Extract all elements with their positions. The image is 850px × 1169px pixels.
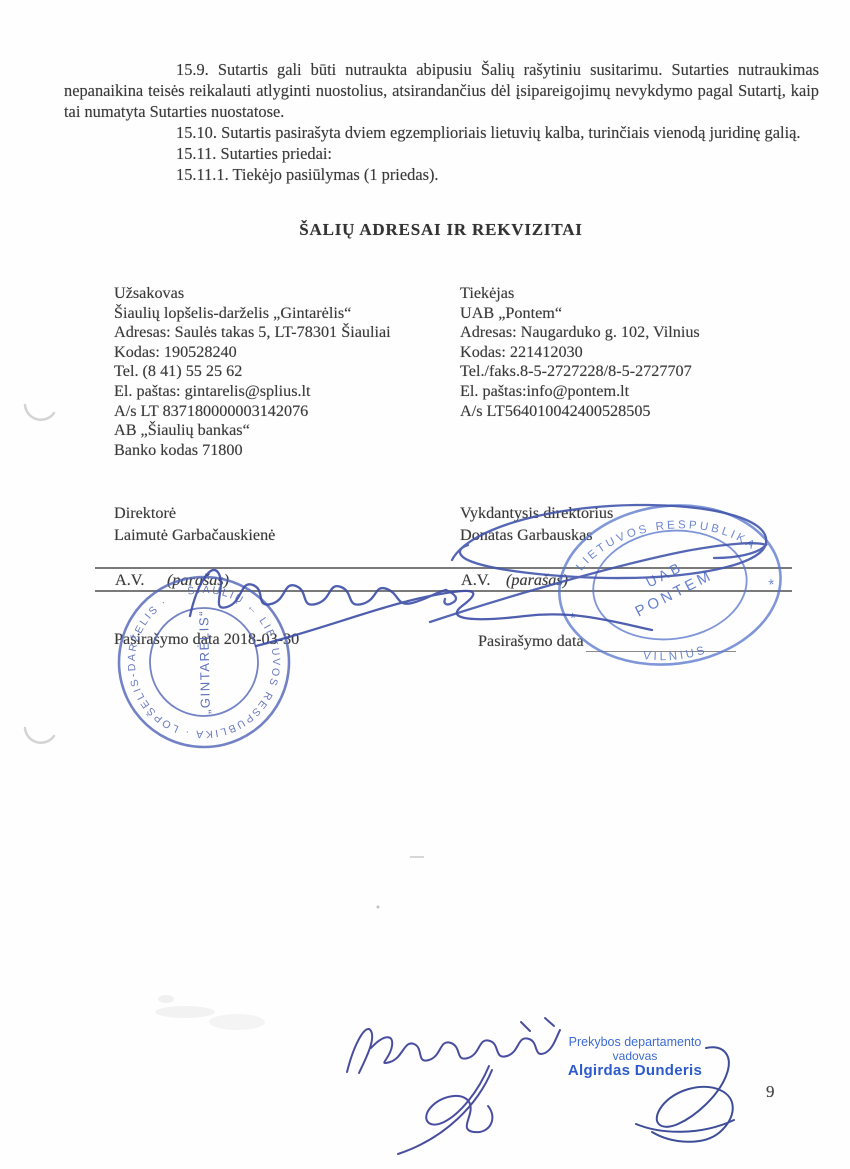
- stamp-center-text: „GINTARĖLIS“: [196, 610, 213, 714]
- signature-rule-bottom: [95, 590, 792, 592]
- customer-line: Užsakovas: [114, 284, 391, 304]
- stamp-star-left: *: [569, 610, 577, 628]
- supplier-line: Adresas: Naugarduko g. 102, Vilnius: [460, 323, 700, 343]
- right-signer-role: Vykdantysis direktorius: [460, 503, 613, 525]
- right-signer: Vykdantysis direktorius Donatas Garbausk…: [460, 503, 613, 546]
- customer-details: Užsakovas Šiaulių lopšelis-darželis „Gin…: [114, 284, 391, 460]
- left-signer-role: Direktorė: [114, 503, 275, 525]
- svg-text:ŠIAULIŲ ← LIETUVOS RESPUBLIKA: ŠIAULIŲ ← LIETUVOS RESPUBLIKA · LOPŠELIS…: [109, 566, 299, 756]
- approval-stamp-text: Prekybos departamento vadovas Algirdas D…: [555, 1035, 715, 1078]
- clause-15-11-1: 15.11.1. Tiekėjo pasiūlymas (1 priedas).: [64, 164, 819, 185]
- left-signing-date: Pasirašymo data 2018-03-30: [114, 630, 299, 649]
- supplier-details: Tiekėjas UAB „Pontem“ Adresas: Naugarduk…: [460, 284, 700, 421]
- right-date-label: Pasirašymo data: [478, 632, 584, 650]
- approval-line1: Prekybos departamento: [555, 1035, 715, 1049]
- approval-name: Algirdas Dunderis: [555, 1064, 715, 1078]
- stamp-center-line2: PONTEM: [632, 567, 716, 621]
- clause-15-9: 15.9. Sutartis gali būti nutraukta abipu…: [64, 59, 819, 122]
- customer-line: A/s LT 837180000003142076: [114, 402, 391, 422]
- right-parasas-label: (parašas): [506, 571, 568, 590]
- section-heading: ŠALIŲ ADRESAI IR REKVIZITAI: [64, 220, 818, 240]
- customer-line: Kodas: 190528240: [114, 343, 391, 363]
- scan-specks: [155, 857, 424, 1030]
- customer-line: Tel. (8 41) 55 25 62: [114, 362, 391, 382]
- stamp-ring-text: ŠIAULIŲ ← LIETUVOS RESPUBLIKA · LOPŠELIS…: [109, 566, 299, 756]
- right-signing-date: Pasirašymo data: [478, 632, 584, 651]
- right-signer-name: Donatas Garbauskas: [460, 525, 613, 547]
- contract-clauses: 15.9. Sutartis gali būti nutraukta abipu…: [64, 59, 819, 185]
- stamp-center-line1: UAB: [643, 558, 685, 590]
- supplier-line: Tiekėjas: [460, 284, 700, 304]
- customer-line: Banko kodas 71800: [114, 441, 391, 461]
- customer-line: El. paštas: gintarelis@splius.lt: [114, 382, 391, 402]
- supplier-line: A/s LT564010042400528505: [460, 402, 700, 422]
- stamp-inner-circle: [139, 597, 270, 728]
- customer-line: AB „Šiaulių bankas“: [114, 421, 391, 441]
- supplier-line: Tel./faks.8-5-2727228/8-5-2727707: [460, 362, 700, 382]
- right-date-blank-line: [586, 651, 736, 652]
- signature-rule-top: [95, 567, 792, 569]
- clause-15-11: 15.11. Sutarties priedai:: [64, 143, 819, 164]
- left-signer-name: Laimutė Garbačauskienė: [114, 525, 275, 547]
- customer-line: Šiaulių lopšelis-darželis „Gintarėlis“: [114, 304, 391, 324]
- approval-line2: vadovas: [555, 1049, 715, 1063]
- left-signer: Direktorė Laimutė Garbačauskienė: [114, 503, 275, 546]
- clause-15-10: 15.10. Sutartis pasirašyta dviem egzempl…: [64, 122, 819, 143]
- supplier-line: Kodas: 221412030: [460, 343, 700, 363]
- punch-hole-artifacts: [25, 405, 54, 743]
- left-av-label: A.V.: [115, 571, 144, 590]
- page-number: 9: [766, 1082, 775, 1102]
- supplier-line: UAB „Pontem“: [460, 304, 700, 324]
- left-parasas-label: (parašas): [167, 571, 229, 590]
- bottom-left-signature: [347, 1018, 560, 1154]
- stamp-ring-bottom-text: VILNIUS: [641, 642, 709, 667]
- left-date-label: Pasirašymo data: [114, 630, 220, 648]
- right-av-label: A.V.: [461, 571, 490, 590]
- scanned-contract-page: 15.9. Sutartis gali būti nutraukta abipu…: [0, 0, 850, 1169]
- supplier-line: El. paštas:info@pontem.lt: [460, 382, 700, 402]
- svg-text:VILNIUS: VILNIUS: [641, 642, 709, 667]
- left-date-value: 2018-03-30: [224, 630, 300, 648]
- customer-line: Adresas: Saulės takas 5, LT-78301 Šiauli…: [114, 323, 391, 343]
